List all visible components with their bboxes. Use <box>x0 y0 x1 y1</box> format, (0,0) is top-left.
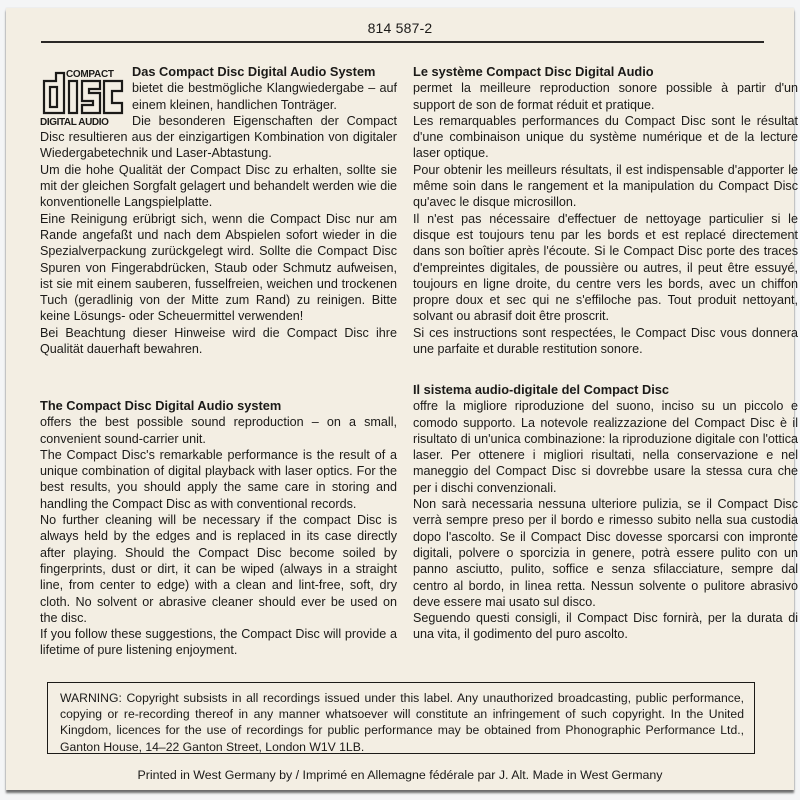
german-section: COMPACT DIGITAL AUDIO Das Compact Disc D… <box>40 64 397 357</box>
german-paragraph: Eine Reinigung erübrigt sich, wenn die C… <box>40 211 397 325</box>
french-paragraph: Si ces instructions sont respectées, le … <box>413 325 798 358</box>
disc-logo-icon <box>40 69 124 117</box>
german-paragraph: Bei Beachtung dieser Hinweise wird die C… <box>40 325 397 358</box>
italian-paragraph: offre la migliore riproduzione del suono… <box>413 398 798 496</box>
english-title: The Compact Disc Digital Audio system <box>40 398 397 414</box>
french-section: Le système Compact Disc Digital Audio pe… <box>413 64 798 357</box>
english-paragraph: If you follow these suggestions, the Com… <box>40 626 397 659</box>
french-paragraph: permet la meilleure reproduction sonore … <box>413 80 798 113</box>
french-title: Le système Compact Disc Digital Audio <box>413 64 798 80</box>
logo-digital-audio-text: DIGITAL AUDIO <box>40 115 109 131</box>
english-paragraph: The Compact Disc's remarkable performanc… <box>40 447 397 512</box>
booklet-page: 814 587-2 COMPACT DIGITAL AUDIO D <box>6 8 794 790</box>
english-section: The Compact Disc Digital Audio system of… <box>40 398 397 659</box>
english-paragraph: No further cleaning will be necessary if… <box>40 512 397 626</box>
compact-disc-logo: COMPACT DIGITAL AUDIO <box>40 67 124 127</box>
french-paragraph: Les remarquables performances du Compact… <box>413 113 798 162</box>
italian-paragraph: Non sarà necessaria nessuna ulteriore pu… <box>413 496 798 610</box>
top-rule-divider <box>41 41 764 43</box>
italian-section: Il sistema audio-digitale del Compact Di… <box>413 382 798 643</box>
french-paragraph: Il n'est pas nécessaire d'effectuer de n… <box>413 211 798 325</box>
french-paragraph: Pour obtenir les meilleurs résultats, il… <box>413 162 798 211</box>
printed-in-footer: Printed in West Germany by / Imprimé en … <box>6 768 794 782</box>
german-paragraph: Um die hohe Qualität der Compact Disc zu… <box>40 162 397 211</box>
italian-paragraph: Seguendo questi consigli, il Compact Dis… <box>413 610 798 643</box>
catalog-number: 814 587-2 <box>6 20 794 36</box>
english-paragraph: offers the best possible sound reproduct… <box>40 414 397 447</box>
copyright-warning-box: WARNING: Copyright subsists in all recor… <box>47 682 755 754</box>
italian-title: Il sistema audio-digitale del Compact Di… <box>413 382 798 398</box>
